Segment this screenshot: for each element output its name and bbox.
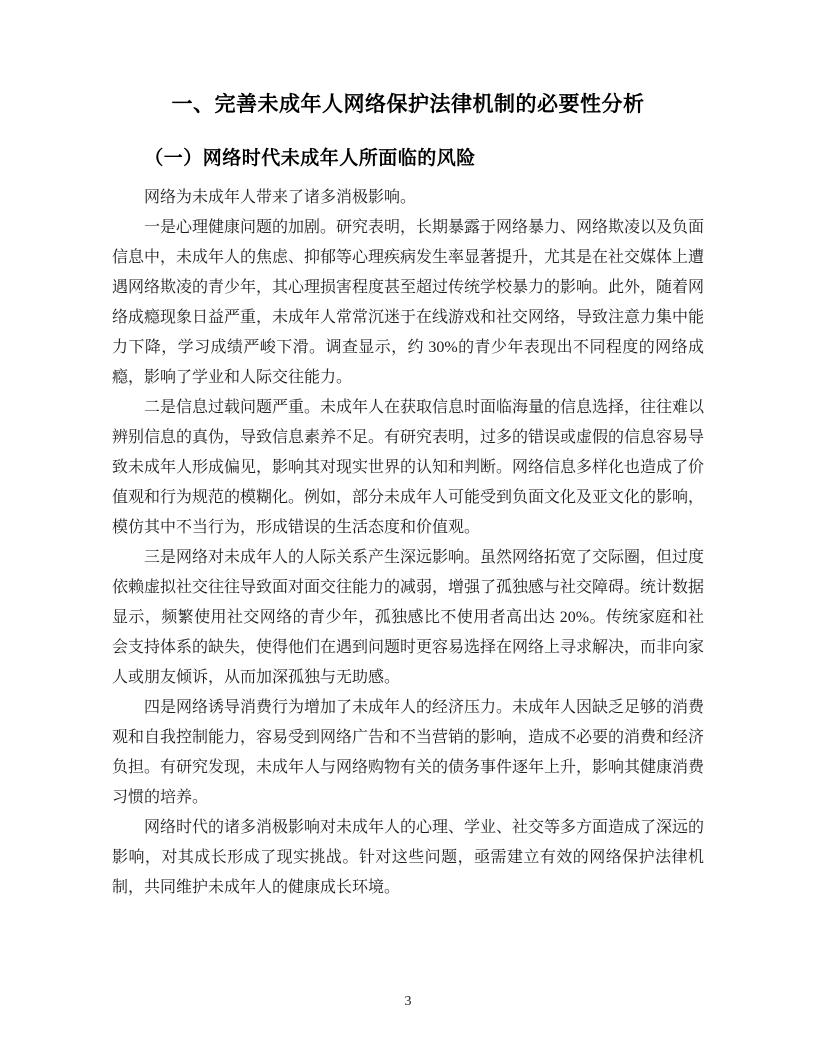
paragraph-intro: 网络为未成年人带来了诸多消极影响。: [112, 183, 704, 213]
section-heading: 一、完善未成年人网络保护法律机制的必要性分析: [112, 90, 704, 120]
document-page: 一、完善未成年人网络保护法律机制的必要性分析 （一）网络时代未成年人所面临的风险…: [0, 0, 816, 1056]
paragraph-interpersonal-relations: 三是网络对未成年人的人际关系产生深远影响。虽然网络拓宽了交际圈，但过度依赖虚拟社…: [112, 543, 704, 693]
paragraph-mental-health: 一是心理健康问题的加剧。研究表明，长期暴露于网络暴力、网络欺凌以及负面信息中，未…: [112, 213, 704, 393]
body-text: 网络为未成年人带来了诸多消极影响。 一是心理健康问题的加剧。研究表明，长期暴露于…: [112, 183, 704, 903]
paragraph-summary: 网络时代的诸多消极影响对未成年人的心理、学业、社交等多方面造成了深远的影响，对其…: [112, 813, 704, 903]
paragraph-induced-consumption: 四是网络诱导消费行为增加了未成年人的经济压力。未成年人因缺乏足够的消费观和自我控…: [112, 693, 704, 813]
paragraph-information-overload: 二是信息过载问题严重。未成年人在获取信息时面临海量的信息选择，往往难以辨别信息的…: [112, 393, 704, 543]
page-footer: 3: [0, 994, 816, 1010]
document-content: 一、完善未成年人网络保护法律机制的必要性分析 （一）网络时代未成年人所面临的风险…: [112, 0, 704, 903]
subsection-heading: （一）网络时代未成年人所面临的风险: [112, 145, 704, 173]
page-number: 3: [405, 994, 412, 1009]
